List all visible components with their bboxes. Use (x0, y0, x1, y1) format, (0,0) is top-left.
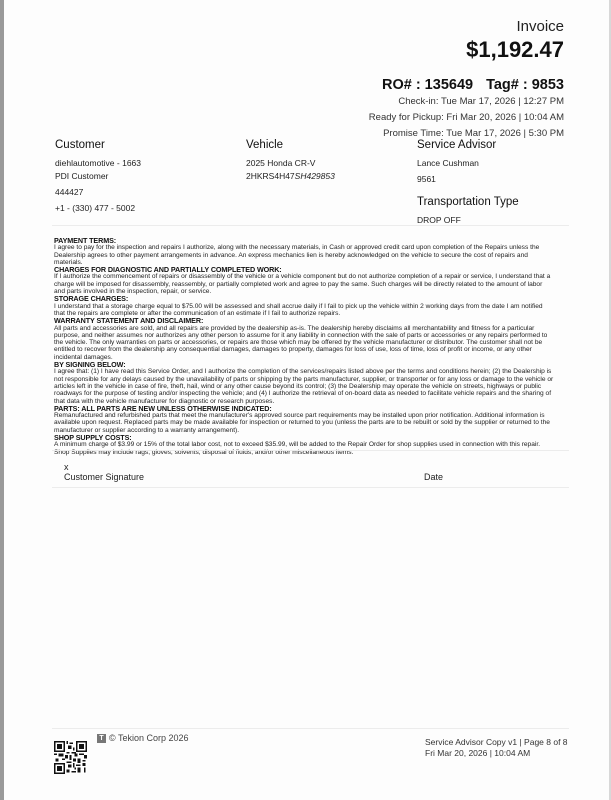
terms-body: A minimum charge of $3.99 or 15% of the … (54, 441, 554, 456)
invoice-page: Invoice $1,192.47 RO# : 135649Tag# : 985… (4, 0, 609, 800)
terms-section: PAYMENT TERMS:I agree to pay for the ins… (54, 237, 554, 456)
date-label: Date (424, 472, 443, 482)
terms-body: I agree to pay for the inspection and re… (54, 244, 554, 266)
terms-heading: SHOP SUPPLY COSTS: (54, 434, 554, 441)
vehicle-block: Vehicle 2025 Honda CR-V 2HKRS4H47SH42985… (246, 138, 335, 183)
terms-heading: WARRANTY STATEMENT AND DISCLAIMER: (54, 317, 554, 324)
vin-suffix: SH429853 (295, 171, 335, 181)
terms-body: Remanufactured and refurbished parts tha… (54, 412, 554, 434)
advisor-id: 9561 (417, 173, 519, 186)
advisor-block: Service Advisor Lance Cushman 9561 Trans… (417, 138, 519, 227)
terms-heading: CHARGES FOR DIAGNOSTIC AND PARTIALLY COM… (54, 266, 554, 273)
signature-mark: x (64, 462, 144, 472)
customer-block: Customer diehlautomotive - 1663 PDI Cust… (55, 138, 141, 215)
transport-heading: Transportation Type (417, 195, 519, 209)
advisor-name: Lance Cushman (417, 157, 519, 170)
divider (52, 487, 569, 488)
check-in-time: Check-in: Tue Mar 17, 2026 | 12:27 PM (369, 94, 564, 110)
advisor-heading: Service Advisor (417, 138, 519, 152)
terms-body: All parts and accessories are sold, and … (54, 325, 554, 361)
footer-divider (52, 728, 569, 729)
vin-prefix: 2HKRS4H47 (246, 171, 295, 181)
terms-body: I understand that a storage charge equal… (54, 303, 554, 318)
customer-signature-label: Customer Signature (64, 472, 144, 482)
divider (52, 225, 569, 226)
customer-name: diehlautomotive - 1663 (55, 157, 141, 170)
copy-page-info: Service Advisor Copy v1 | Page 8 of 8 (425, 737, 568, 748)
terms-heading: BY SIGNING BELOW: (54, 361, 554, 368)
customer-phone: +1 - (330) 477 - 5002 (55, 202, 141, 215)
customer-type: PDI Customer (55, 170, 141, 183)
copyright-text: © Tekion Corp 2026 (109, 733, 189, 743)
invoice-total: $1,192.47 (369, 37, 564, 63)
ready-for-pickup-time: Ready for Pickup: Fri Mar 20, 2026 | 10:… (369, 110, 564, 126)
ro-tag-line: RO# : 135649Tag# : 9853 (369, 77, 564, 94)
ro-number: RO# : 135649 (382, 77, 473, 93)
footer-copy-info: Service Advisor Copy v1 | Page 8 of 8 Fr… (425, 737, 568, 759)
tekion-logo-icon: T (97, 734, 106, 743)
vehicle-heading: Vehicle (246, 138, 335, 152)
terms-heading: PAYMENT TERMS: (54, 237, 554, 244)
customer-heading: Customer (55, 138, 141, 152)
invoice-header: Invoice $1,192.47 RO# : 135649Tag# : 985… (369, 18, 564, 142)
printed-timestamp: Fri Mar 20, 2026 | 10:04 AM (425, 748, 568, 759)
vehicle-model: 2025 Honda CR-V (246, 157, 335, 170)
terms-heading: STORAGE CHARGES: (54, 295, 554, 302)
terms-body: I agree that: (1) I have read this Servi… (54, 368, 554, 404)
divider (52, 450, 569, 451)
terms-heading: PARTS: ALL PARTS ARE NEW UNLESS OTHERWIS… (54, 405, 554, 412)
invoice-title: Invoice (369, 18, 564, 36)
customer-id: 444427 (55, 186, 141, 199)
vehicle-vin: 2HKRS4H47SH429853 (246, 170, 335, 183)
customer-signature-block: x Customer Signature (64, 462, 144, 482)
tag-number: Tag# : 9853 (486, 77, 564, 93)
terms-body: If I authorize the commencement of repai… (54, 273, 554, 295)
copyright: T © Tekion Corp 2026 (97, 733, 189, 743)
qr-code-icon (54, 741, 87, 774)
